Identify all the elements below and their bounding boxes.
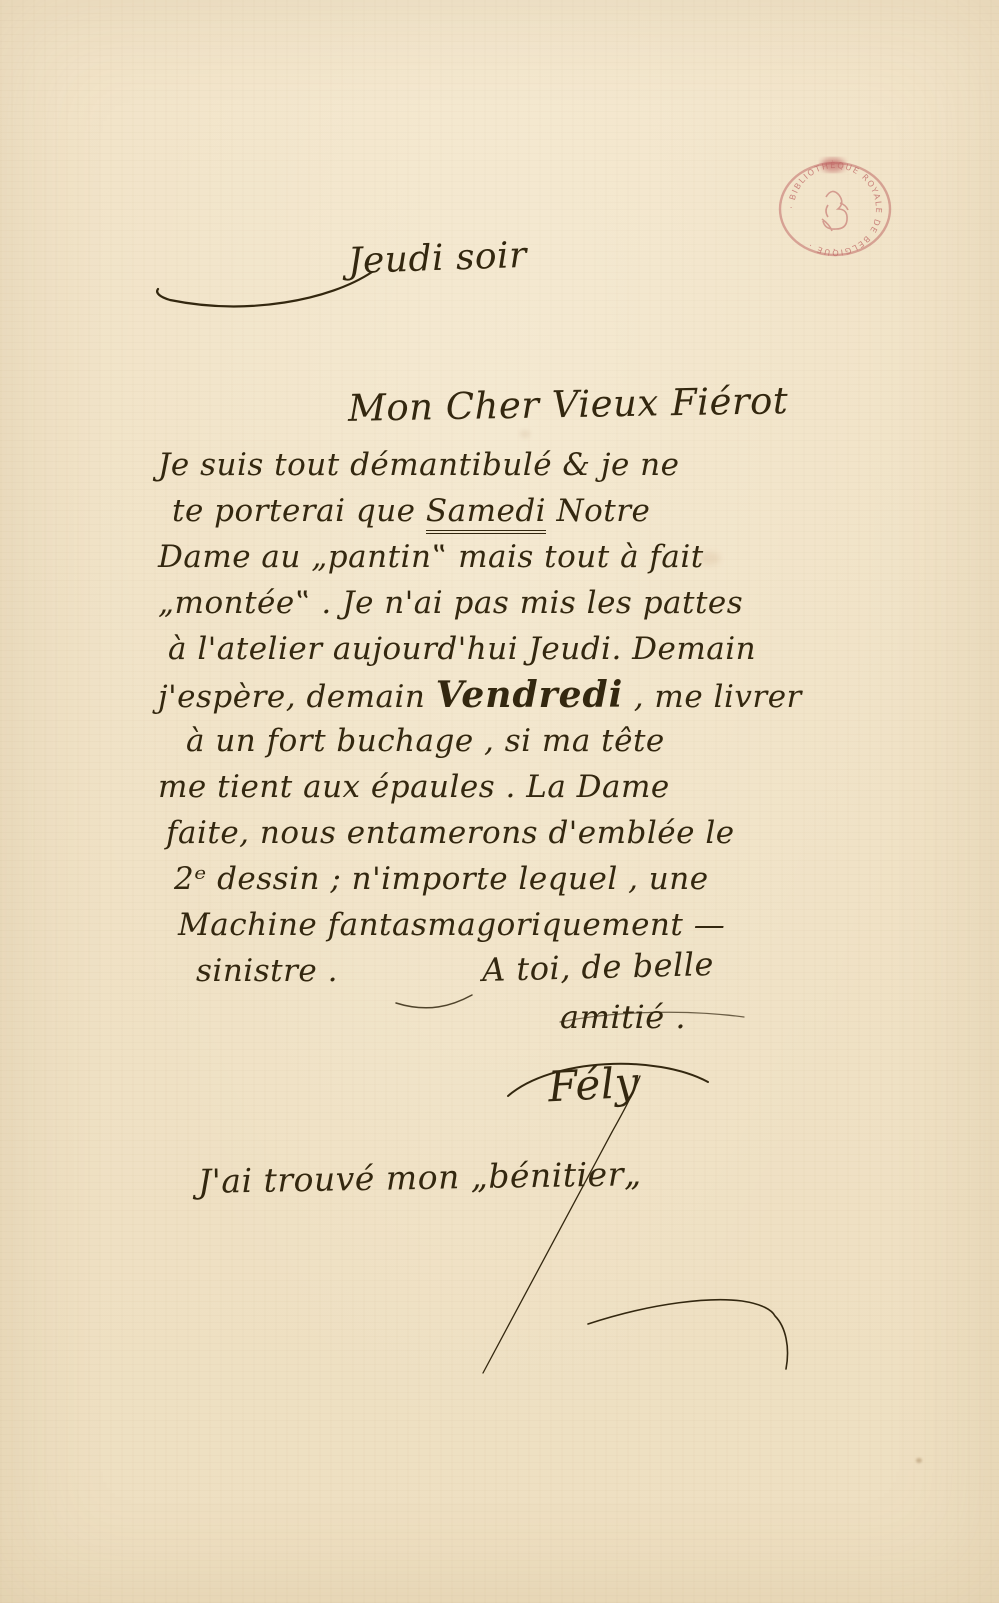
letter-line: 2ᵉ dessin ; n'importe lequel , une bbox=[174, 856, 802, 902]
library-stamp: · BIBLIOTHÈQUE ROYALE DE BELGIQUE · bbox=[770, 155, 900, 265]
letter-line-segment: Dame au „pantin‟ mais tout à fait bbox=[158, 539, 704, 575]
letter-body: Je suis tout démantibulé & je nete porte… bbox=[158, 442, 802, 994]
letter-line-segment: Machine fantasmagoriquement — bbox=[178, 907, 725, 943]
letter-line: Je suis tout démantibulé & je ne bbox=[158, 442, 802, 488]
letter-line: faite, nous entamerons d'emblée le bbox=[166, 810, 802, 856]
letter-line-emphasis-segment: Vendredi bbox=[436, 674, 624, 716]
letter-line: à un fort buchage , si ma tête bbox=[186, 718, 802, 764]
letter-line-segment: „montée‟ . Je n'ai pas mis les pattes bbox=[158, 585, 743, 621]
letter-signature: Fély bbox=[547, 1058, 640, 1112]
letter-line-segment: Notre bbox=[546, 493, 650, 529]
letter-line-segment: , me livrer bbox=[623, 679, 801, 715]
signature-descender-stroke bbox=[483, 1076, 640, 1373]
letter-line: „montée‟ . Je n'ai pas mis les pattes bbox=[158, 580, 802, 626]
letter-closing-line1: A toi, de belle bbox=[482, 945, 715, 989]
letter-line-underlined-segment: Samedi bbox=[426, 493, 546, 534]
letter-line: à l'atelier aujourd'hui Jeudi. Demain bbox=[168, 626, 802, 672]
letter-line-segment: 2ᵉ dessin ; n'importe lequel , une bbox=[174, 861, 709, 897]
paper-speck bbox=[916, 1458, 922, 1463]
letter-line-segment: te porterai que bbox=[172, 493, 426, 529]
letter-postscript: J'ai trouvé mon „bénitier„ bbox=[198, 1154, 642, 1201]
letter-page: · BIBLIOTHÈQUE ROYALE DE BELGIQUE · Jeud… bbox=[0, 0, 999, 1603]
bottom-flourish-stroke bbox=[588, 1300, 788, 1369]
letter-line-segment: faite, nous entamerons d'emblée le bbox=[166, 815, 735, 851]
letter-line: Machine fantasmagoriquement — bbox=[178, 902, 802, 948]
letter-line: j'espère, demain Vendredi , me livrer bbox=[158, 672, 802, 718]
letter-line-segment: à l'atelier aujourd'hui Jeudi. Demain bbox=[168, 631, 756, 667]
letter-line: te porterai que Samedi Notre bbox=[172, 488, 802, 534]
letter-line-segment: Je suis tout démantibulé & je ne bbox=[158, 447, 679, 483]
letter-closing-line2: amitié . bbox=[560, 998, 686, 1036]
letter-line-segment: me tient aux épaules . La Dame bbox=[158, 769, 670, 805]
paper-stain bbox=[520, 430, 530, 438]
stamp-ring bbox=[780, 163, 890, 255]
letter-line: me tient aux épaules . La Dame bbox=[158, 764, 802, 810]
stamp-crest-lion bbox=[822, 191, 848, 231]
letter-line-segment: sinistre . bbox=[196, 953, 338, 989]
letter-salutation: Mon Cher Vieux Fiérot bbox=[348, 379, 789, 430]
paper-stain bbox=[700, 552, 720, 565]
closing-lead-stroke bbox=[396, 995, 472, 1008]
dateline-j-tail-stroke bbox=[157, 272, 372, 306]
letter-line-segment: à un fort buchage , si ma tête bbox=[186, 723, 665, 759]
letter-line-segment: j'espère, demain bbox=[158, 679, 436, 715]
letter-dateline: Jeudi soir bbox=[347, 235, 527, 282]
